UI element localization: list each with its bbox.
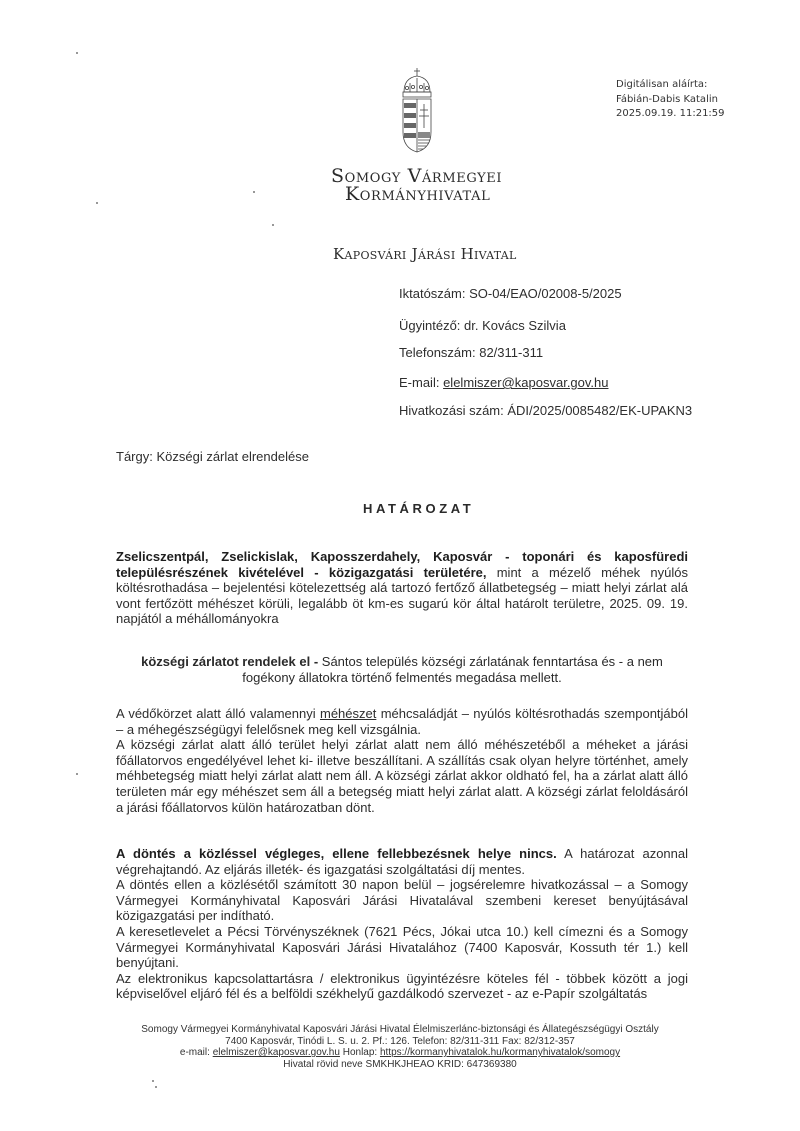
reference-number: Hivatkozási szám: ÁDI/2025/0085482/EK-UP… bbox=[399, 403, 692, 419]
subject-line: Tárgy: Községi zárlat elrendelése bbox=[116, 449, 309, 464]
finality-statement: A döntés a közléssel végleges, ellene fe… bbox=[116, 846, 688, 877]
document-title: HATÁROZAT bbox=[363, 501, 474, 516]
case-officer-value: dr. Kovács Szilvia bbox=[464, 318, 566, 333]
phone-label: Telefonszám: bbox=[399, 345, 476, 360]
order-bold-text: községi zárlatot rendelek el - bbox=[141, 654, 318, 669]
scan-speck bbox=[76, 773, 78, 775]
inspection-paragraph: A védőkörzet alatt álló valamennyi méhés… bbox=[116, 706, 688, 815]
inspection-requirement: A védőkörzet alatt álló valamennyi méhés… bbox=[116, 706, 688, 737]
signature-datetime: 2025.09.19. 11:21:59 bbox=[616, 107, 725, 122]
electronic-contact-info: Az elektronikus kapcsolattartásra / elek… bbox=[116, 971, 688, 1002]
scan-speck bbox=[76, 52, 78, 54]
footer-office-name: Somogy Vármegyei Kormányhivatal Kaposvár… bbox=[100, 1024, 700, 1036]
decision-order-paragraph: községi zárlatot rendelek el - Sántos te… bbox=[116, 654, 688, 686]
footer-website-link[interactable]: https://kormanyhivatalok.hu/kormanyhivat… bbox=[380, 1047, 620, 1058]
institution-name-line2: Kormányhivatal bbox=[345, 184, 490, 204]
footer-email-link[interactable]: elelmiszer@kaposvar.gov.hu bbox=[213, 1047, 340, 1058]
subject-label: Tárgy: bbox=[116, 449, 153, 464]
hungarian-coat-of-arms-icon bbox=[396, 66, 438, 158]
scan-speck bbox=[152, 1080, 154, 1082]
underlined-term: méhészet bbox=[320, 706, 376, 721]
scan-speck bbox=[96, 202, 98, 204]
email-label: E-mail: bbox=[399, 375, 439, 390]
signature-label: Digitálisan aláírta: bbox=[616, 78, 725, 93]
department-name: Kaposvári Járási Hivatal bbox=[333, 245, 517, 263]
case-officer-label: Ügyintéző: bbox=[399, 318, 460, 333]
decision-scope-paragraph: Zselicszentpál, Zselickislak, Kaposszerd… bbox=[116, 549, 688, 627]
appeal-info: A döntés ellen a közlésétől számított 30… bbox=[116, 877, 688, 924]
page-footer: Somogy Vármegyei Kormányhivatal Kaposvár… bbox=[100, 1024, 700, 1070]
footer-contacts: e-mail: elelmiszer@kaposvar.gov.hu Honla… bbox=[100, 1047, 700, 1059]
signature-signer: Fábián-Dabis Katalin bbox=[616, 93, 725, 108]
digital-signature-block: Digitálisan aláírta: Fábián-Dabis Katali… bbox=[616, 78, 725, 122]
finality-bold-text: A döntés a közléssel végleges, ellene fe… bbox=[116, 846, 557, 861]
legal-remedy-paragraph: A döntés a közléssel végleges, ellene fe… bbox=[116, 846, 688, 1002]
filing-number-label: Iktatószám: bbox=[399, 286, 465, 301]
court-address-info: A keresetlevelet a Pécsi Törvényszéknek … bbox=[116, 924, 688, 971]
filing-number: Iktatószám: SO-04/EAO/02008-5/2025 bbox=[399, 286, 622, 302]
case-officer: Ügyintéző: dr. Kovács Szilvia bbox=[399, 318, 566, 334]
footer-address: 7400 Kaposvár, Tinódi L. S. u. 2. Pf.: 1… bbox=[100, 1036, 700, 1048]
phone-number: Telefonszám: 82/311-311 bbox=[399, 345, 543, 361]
scan-speck bbox=[155, 1086, 157, 1088]
email: E-mail: elelmiszer@kaposvar.gov.hu bbox=[399, 375, 609, 391]
footer-krid: Hivatal rövid neve SMKHKJHEAO KRID: 6473… bbox=[100, 1059, 700, 1071]
scan-speck bbox=[253, 191, 255, 193]
scan-speck bbox=[272, 224, 274, 226]
email-link[interactable]: elelmiszer@kaposvar.gov.hu bbox=[443, 375, 608, 390]
transport-rules: A községi zárlat alatt álló terület hely… bbox=[116, 737, 688, 815]
subject-text: Községi zárlat elrendelése bbox=[156, 449, 308, 464]
reference-label: Hivatkozási szám: bbox=[399, 403, 504, 418]
reference-value: ÁDI/2025/0085482/EK-UPAKN3 bbox=[507, 403, 692, 418]
filing-number-value: SO-04/EAO/02008-5/2025 bbox=[469, 286, 622, 301]
phone-value: 82/311-311 bbox=[479, 345, 543, 360]
